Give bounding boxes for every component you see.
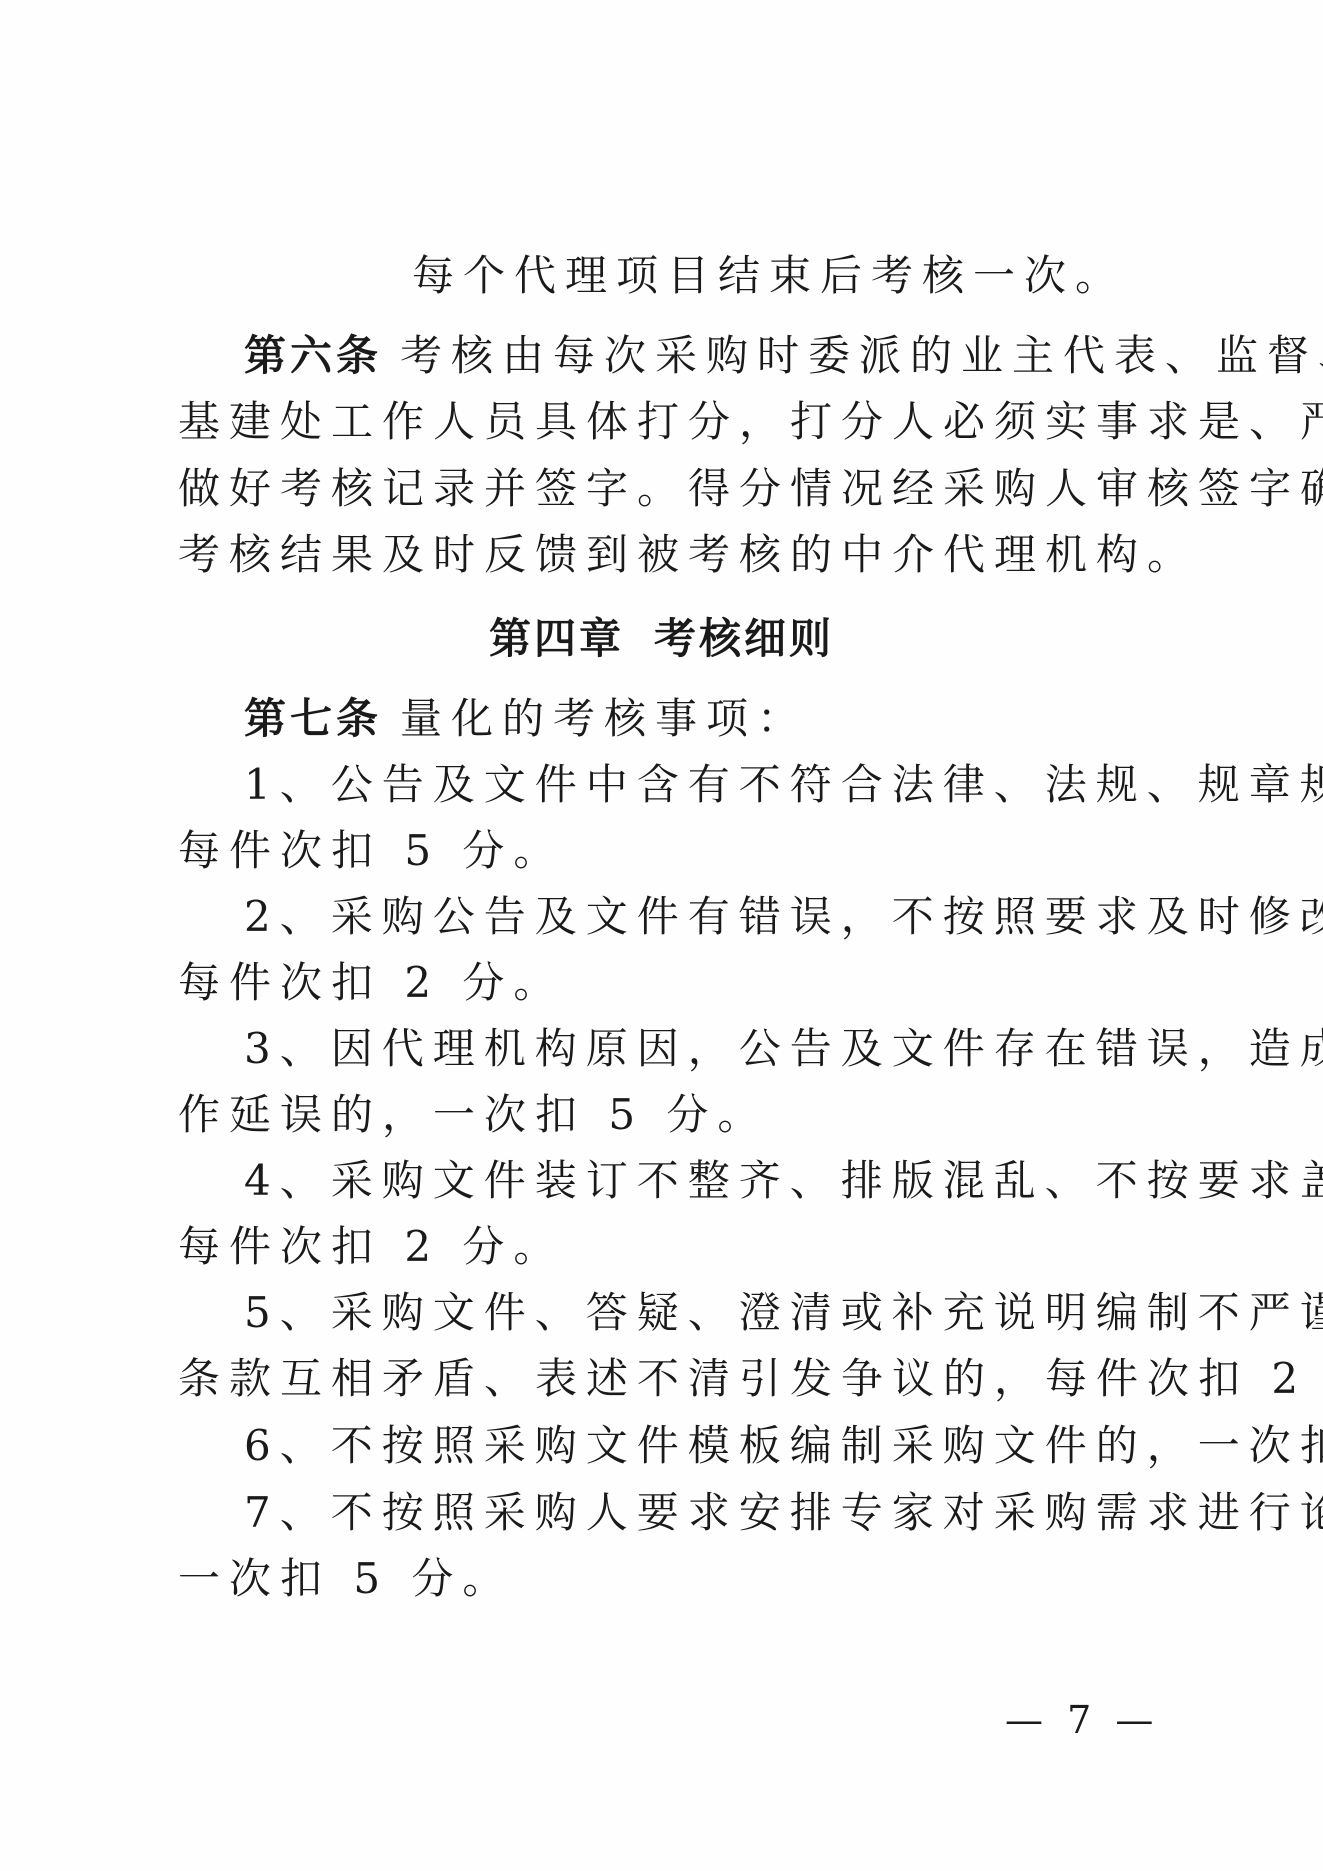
chapter-heading: 第四章考核细则 — [0, 606, 1323, 672]
article-6-line-2: 基建处工作人员具体打分，打分人必须实事求是、严谨认真地 — [178, 389, 1178, 455]
article-7-intro: 第七条量化的考核事项： — [244, 686, 1244, 752]
item-7-line-1: 7、不按照采购人要求安排专家对采购需求进行论证的， — [244, 1480, 1244, 1546]
item-2-line-2: 每件次扣 2 分。 — [178, 950, 1178, 1016]
item-1-line-1: 1、公告及文件中含有不符合法律、法规、规章规定的， — [244, 752, 1244, 818]
item-7-line-2: 一次扣 5 分。 — [178, 1546, 1178, 1612]
item-6-line-1: 6、不按照采购文件模板编制采购文件的，一次扣 5 分。 — [244, 1413, 1244, 1479]
item-5-line-2: 条款互相矛盾、表述不清引发争议的，每件次扣 2 分。 — [178, 1346, 1178, 1412]
item-3-line-1: 3、因代理机构原因，公告及文件存在错误，造成采购工 — [244, 1016, 1244, 1082]
chapter-title: 考核细则 — [654, 614, 834, 663]
item-2-line-1: 2、采购公告及文件有错误，不按照要求及时修改补正的， — [244, 884, 1244, 950]
article-7-title: 第七条 — [244, 694, 382, 743]
article-6-line-4: 考核结果及时反馈到被考核的中介代理机构。 — [178, 522, 1178, 588]
chapter-number: 第四章 — [489, 614, 624, 663]
item-1-line-2: 每件次扣 5 分。 — [178, 818, 1178, 884]
page-number: — 7 — — [1005, 1690, 1159, 1750]
item-5-line-1: 5、采购文件、答疑、澄清或补充说明编制不严谨、前后 — [244, 1280, 1244, 1346]
item-4-line-2: 每件次扣 2 分。 — [178, 1214, 1178, 1280]
item-3-line-2: 作延误的，一次扣 5 分。 — [178, 1082, 1178, 1148]
article-6-title: 第六条 — [244, 331, 382, 380]
article-6-line-1: 第六条考核由每次采购时委派的业主代表、监督、资产 — [244, 323, 1244, 389]
paragraph-continuation: 每个代理项目结束后考核一次。 — [412, 243, 1323, 309]
item-4-line-1: 4、采购文件装订不整齐、排版混乱、不按要求盖章的， — [244, 1148, 1244, 1214]
article-6-line-3: 做好考核记录并签字。得分情况经采购人审核签字确认后，将 — [178, 456, 1178, 522]
document-page: 每个代理项目结束后考核一次。 第六条考核由每次采购时委派的业主代表、监督、资产 … — [0, 0, 1323, 1871]
